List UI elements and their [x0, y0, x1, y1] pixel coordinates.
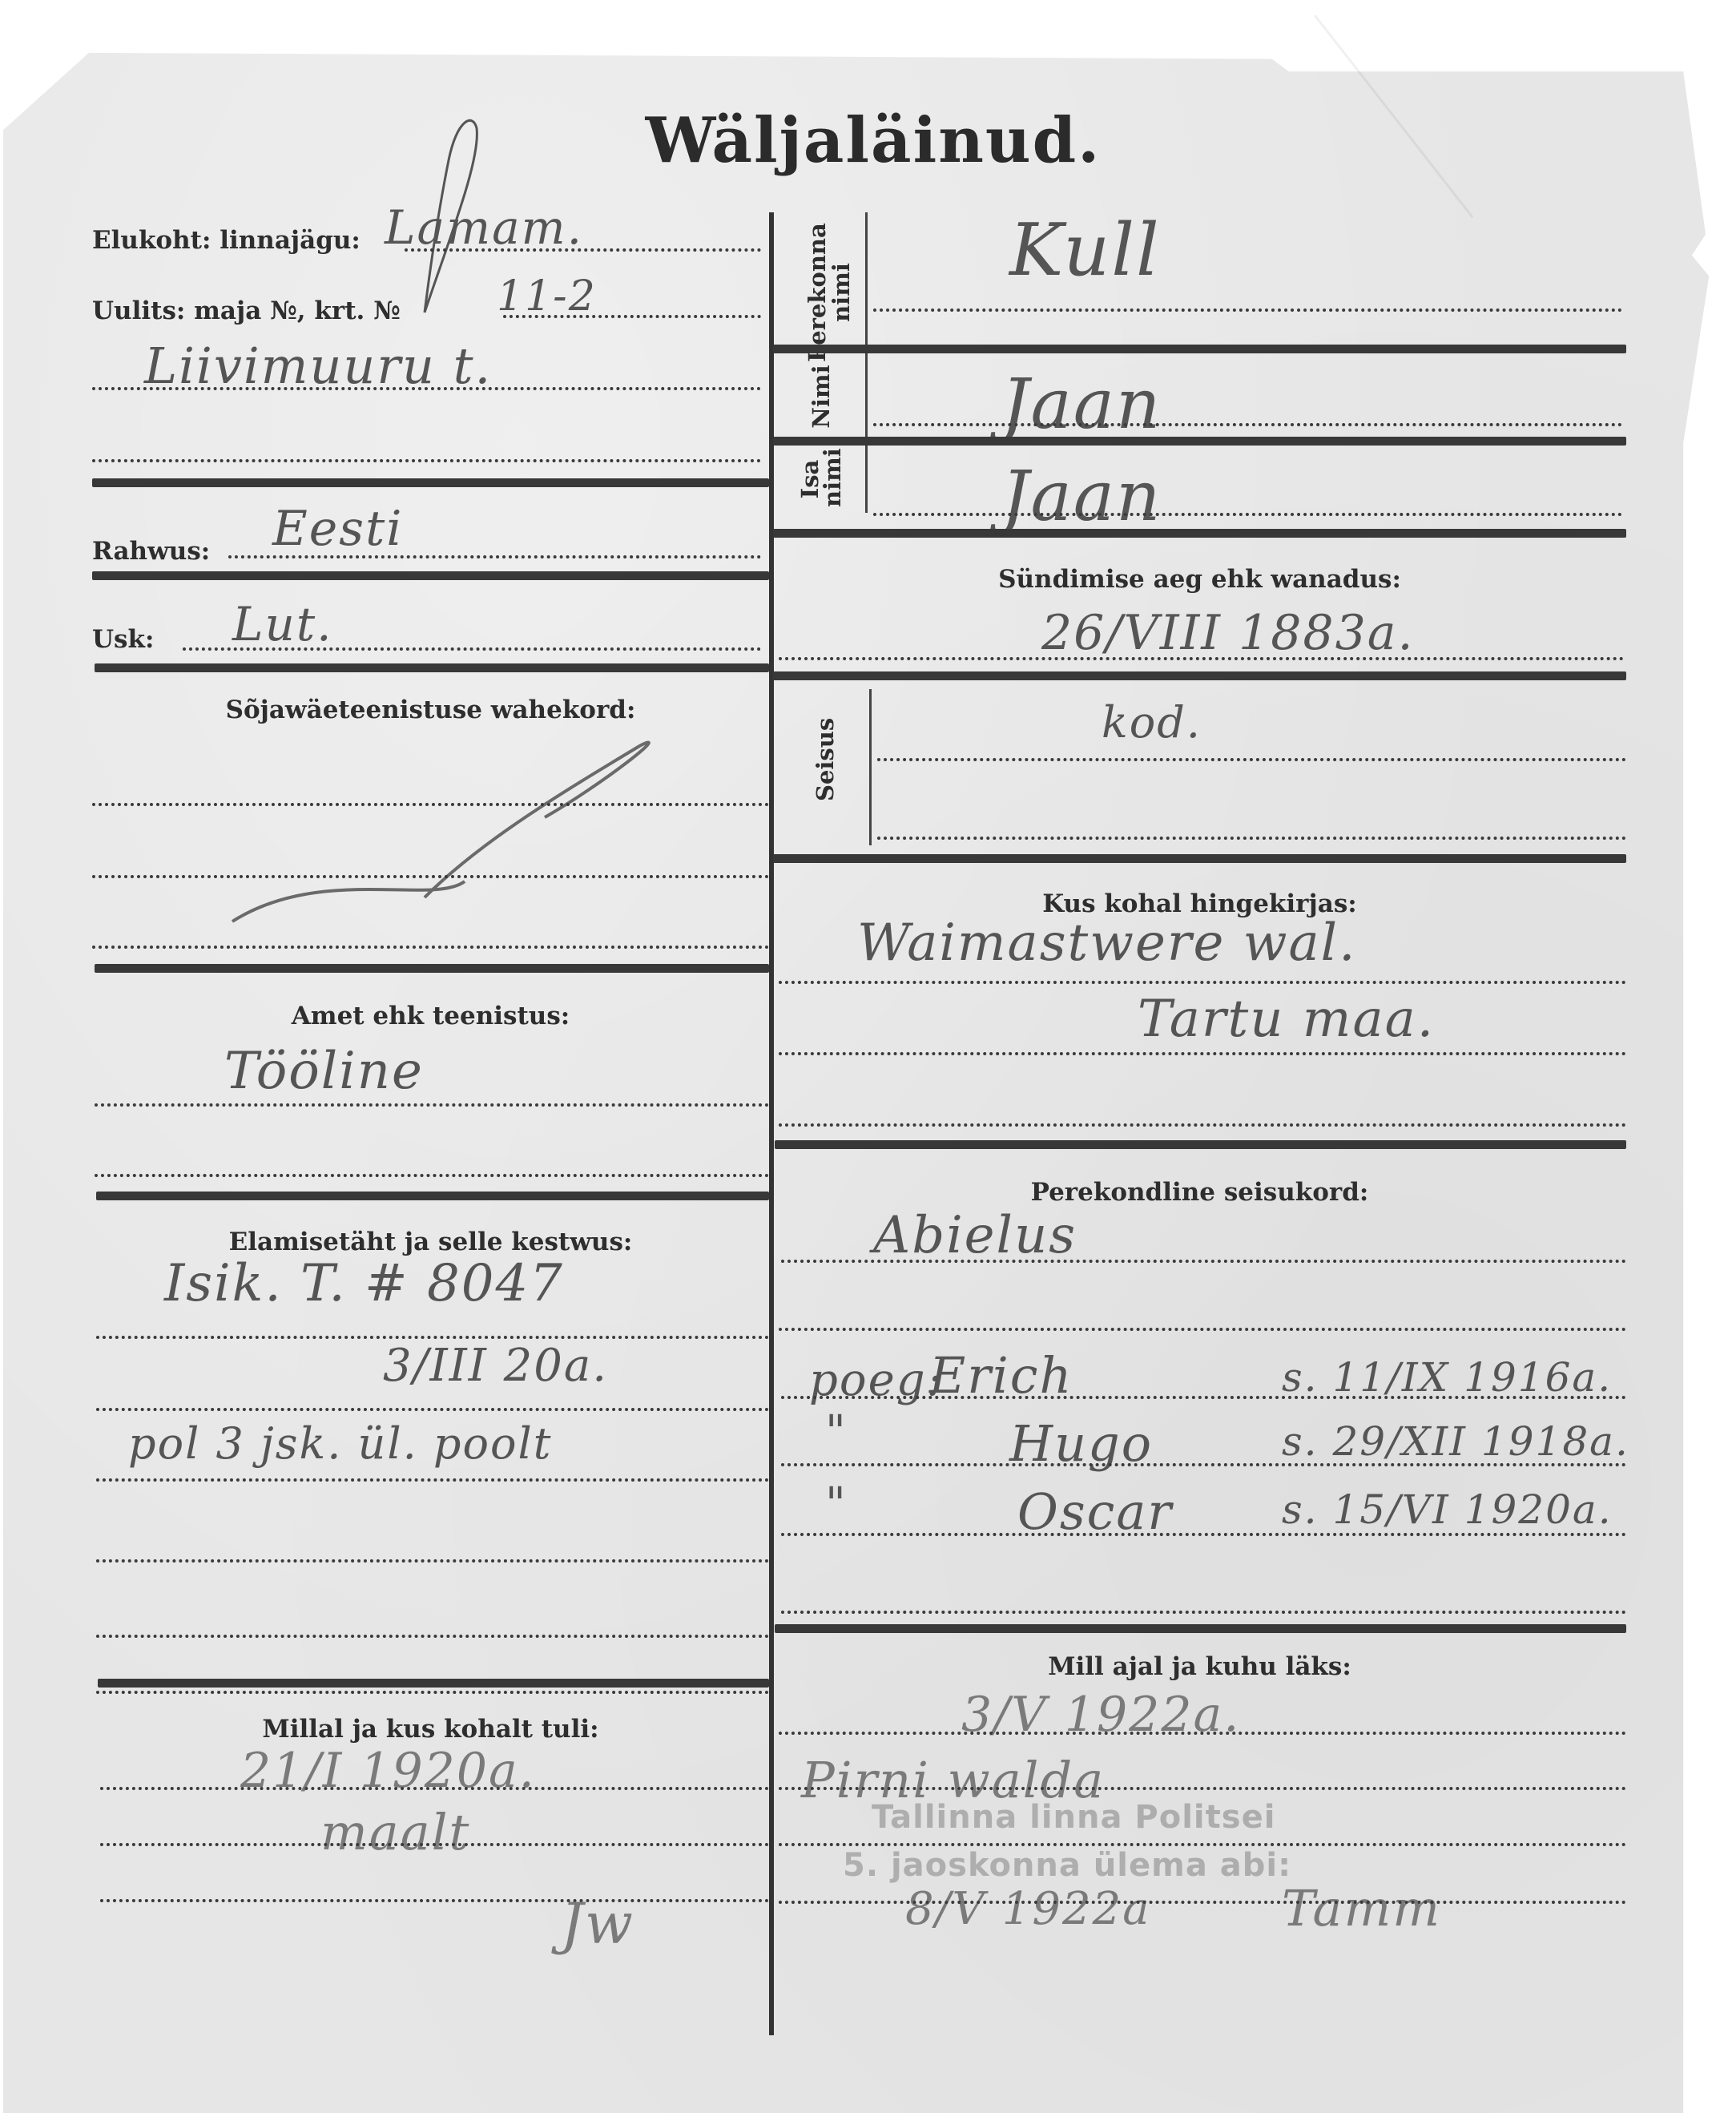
permit-line — [96, 1336, 769, 1339]
child-birth: s. 11/IX 1916a. — [1282, 1354, 1612, 1401]
official-signature: Tamm — [1282, 1879, 1441, 1938]
signed-date: 8/V 1922a — [905, 1883, 1151, 1935]
document-title: Wäljaläinud. — [601, 104, 1146, 177]
police-stamp-line2: 5. jaoskonna ülema abi: — [843, 1847, 1291, 1884]
status-label: Seisus — [813, 721, 837, 801]
residence-label: Elukoht: linnajägu: — [92, 226, 360, 255]
section-rule — [775, 1624, 1626, 1633]
residence-permit-line1: Isik. T. # 8047 — [164, 1254, 564, 1313]
permit-line-6 — [96, 1691, 769, 1694]
family-line-6 — [781, 1611, 1626, 1614]
arrival-from: maalt — [320, 1803, 470, 1861]
registry-line2: Tartu maa. — [1138, 990, 1435, 1049]
residence-permit-label: Elamisetäht ja selle kestwus: — [92, 1228, 769, 1256]
family-label: Perekondline seisukord: — [773, 1178, 1626, 1207]
first-name-value: Jaan — [1001, 365, 1162, 445]
religion-line — [183, 647, 761, 651]
street-line — [92, 387, 761, 390]
military-line — [92, 803, 769, 806]
religion-value: Lut. — [232, 597, 333, 651]
surname-label: Perekonna nimi — [805, 204, 861, 381]
registry-line — [779, 981, 1626, 984]
arrival-date: 21/I 1920a. — [240, 1743, 536, 1799]
status-value: kod. — [1102, 697, 1202, 748]
departure-line-3 — [779, 1843, 1626, 1846]
arrival-line-3 — [100, 1899, 769, 1902]
occupation-line-2 — [95, 1174, 769, 1177]
residence-permit-line2: 3/III 20a. — [383, 1340, 608, 1392]
father-name-label: Isa nimi — [799, 451, 844, 507]
status-line — [877, 758, 1626, 761]
child-prefix: " — [825, 1478, 848, 1530]
birth-label: Sündimise aeg ehk wanadus: — [773, 565, 1626, 594]
nationality-line — [228, 555, 761, 558]
residence-value: Lamam. — [385, 200, 583, 255]
first-name-line — [873, 423, 1622, 426]
section-rule — [95, 663, 769, 672]
section-rule — [773, 437, 1626, 446]
family-line-3 — [781, 1396, 1626, 1399]
section-rule — [92, 478, 769, 487]
permit-line-2 — [96, 1408, 769, 1411]
street-line-2 — [92, 459, 761, 462]
birth-line — [779, 657, 1624, 660]
departure-line-4 — [779, 1901, 1626, 1904]
section-rule — [773, 671, 1626, 680]
house-number-value: 11-2 — [497, 272, 597, 321]
section-rule — [775, 1140, 1626, 1149]
child-prefix: " — [825, 1406, 848, 1458]
status-line-2 — [877, 837, 1626, 840]
street-label: Uulits: maja №, krt. № — [92, 296, 401, 325]
police-stamp-line1: Tallinna linna Politsei — [872, 1799, 1275, 1836]
residence-permit-line3: pol 3 jsk. ül. poolt — [128, 1418, 552, 1469]
permit-line-3 — [96, 1478, 769, 1482]
section-rule — [773, 345, 1626, 353]
first-name-label: Nimi — [809, 357, 833, 437]
section-rule — [98, 1679, 769, 1688]
departure-line-2 — [779, 1787, 1626, 1790]
arrival-initials: Jw — [561, 1891, 634, 1957]
residence-line — [405, 248, 761, 252]
child-birth: s. 29/XII 1918a. — [1282, 1418, 1629, 1465]
family-line-4 — [781, 1463, 1626, 1466]
military-line-3 — [92, 946, 769, 949]
registry-line-2 — [779, 1052, 1626, 1055]
section-rule — [773, 529, 1626, 538]
section-rule — [773, 854, 1626, 863]
occupation-label: Amet ehk teenistus: — [92, 1002, 769, 1030]
religion-label: Usk: — [92, 625, 154, 654]
military-label: Sõjawäeteenistuse wahekord: — [92, 696, 769, 724]
center-divider — [769, 212, 774, 2035]
arrival-label: Millal ja kus kohalt tuli: — [92, 1715, 769, 1744]
house-number-line — [503, 315, 761, 318]
occupation-value: Tööline — [224, 1042, 424, 1101]
arrival-line-2 — [100, 1843, 769, 1846]
label-column-divider — [865, 212, 868, 513]
child-birth: s. 15/VI 1920a. — [1282, 1486, 1613, 1533]
family-line-5 — [781, 1533, 1626, 1536]
status-column-divider — [869, 689, 872, 845]
permit-line-4 — [96, 1559, 769, 1563]
departure-label: Mill ajal ja kuhu läks: — [773, 1652, 1626, 1681]
registry-line1: Waimastwere wal. — [857, 913, 1356, 973]
father-name-line — [873, 513, 1622, 516]
occupation-line — [95, 1103, 769, 1107]
surname-line — [873, 308, 1622, 312]
military-line-2 — [92, 875, 769, 878]
nationality-value: Eesti — [272, 501, 403, 557]
departure-line — [779, 1732, 1626, 1735]
arrival-line — [100, 1787, 769, 1790]
marital-status-value: Abielus — [873, 1206, 1077, 1265]
registry-line-3 — [779, 1123, 1626, 1127]
section-rule — [96, 1192, 769, 1200]
section-rule — [95, 964, 769, 973]
surname-value: Kull — [1009, 208, 1161, 292]
family-line — [781, 1260, 1626, 1263]
nationality-label: Rahwus: — [92, 537, 210, 566]
father-name-value: Jaan — [1001, 457, 1162, 537]
permit-line-5 — [96, 1635, 769, 1638]
military-dash-mark — [224, 721, 673, 929]
birth-value: 26/VIII 1883a. — [1041, 605, 1415, 661]
section-rule — [92, 571, 769, 580]
family-line-2 — [779, 1328, 1626, 1331]
